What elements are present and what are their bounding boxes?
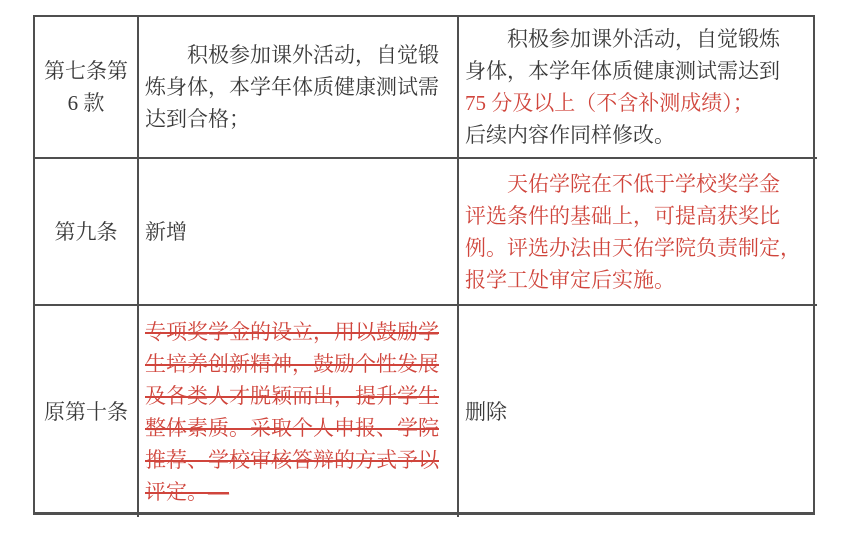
original-text: 积极参加课外活动，自觉锻 炼身体，本学年体质健康测试需 达到合格； xyxy=(145,39,450,135)
deleted-trailing-mark: — xyxy=(208,480,229,504)
original-cell-row3: 专项奖学金的设立，用以鼓励学 生培养创新精神，鼓励个性发展 及各类人才脱颖而出，… xyxy=(139,306,459,517)
deleted-strikethrough-text: 专项奖学金的设立，用以鼓励学 生培养创新精神，鼓励个性发展 及各类人才脱颖而出，… xyxy=(145,320,439,504)
revised-cell-row2: 天佑学院在不低于学校奖学金 评选条件的基础上，可提高获奖比 例。评选办法由天佑学… xyxy=(459,159,817,306)
original-cell-row1: 积极参加课外活动，自觉锻 炼身体，本学年体质健康测试需 达到合格； xyxy=(139,17,459,159)
revised-black-tail: 后续内容作同样修改。 xyxy=(465,123,675,147)
article-number: 第九条 xyxy=(55,216,118,248)
revised-red-text: 天佑学院在不低于学校奖学金 评选条件的基础上，可提高获奖比 例。评选办法由天佑学… xyxy=(465,168,810,296)
revised-cell-row1: 积极参加课外活动，自觉锻炼 身体，本学年体质健康测试需达到 75 分及以上（不含… xyxy=(459,17,817,159)
revised-text: 删除 xyxy=(465,396,810,428)
article-number: 第七条第 6 款 xyxy=(44,55,128,119)
document-page: 第七条第 6 款 积极参加课外活动，自觉锻 炼身体，本学年体质健康测试需 达到合… xyxy=(0,0,849,540)
revision-table: 第七条第 6 款 积极参加课外活动，自觉锻 炼身体，本学年体质健康测试需 达到合… xyxy=(33,15,815,515)
revised-cell-row3: 删除 xyxy=(459,306,817,517)
original-cell-row2: 新增 xyxy=(139,159,459,306)
deleted-text: 专项奖学金的设立，用以鼓励学 生培养创新精神，鼓励个性发展 及各类人才脱颖而出，… xyxy=(145,316,450,508)
revised-text: 积极参加课外活动，自觉锻炼 身体，本学年体质健康测试需达到 75 分及以上（不含… xyxy=(465,23,810,151)
revised-red-insert: 75 分及以上（不含补测成绩）； xyxy=(465,91,754,115)
article-cell-row1: 第七条第 6 款 xyxy=(35,17,139,159)
article-cell-row2: 第九条 xyxy=(35,159,139,306)
original-text: 新增 xyxy=(145,216,450,248)
revised-black-lead: 积极参加课外活动，自觉锻炼 身体，本学年体质健康测试需达到 xyxy=(465,27,780,83)
article-cell-row3: 原第十条 xyxy=(35,306,139,517)
article-number: 原第十条 xyxy=(44,396,128,428)
